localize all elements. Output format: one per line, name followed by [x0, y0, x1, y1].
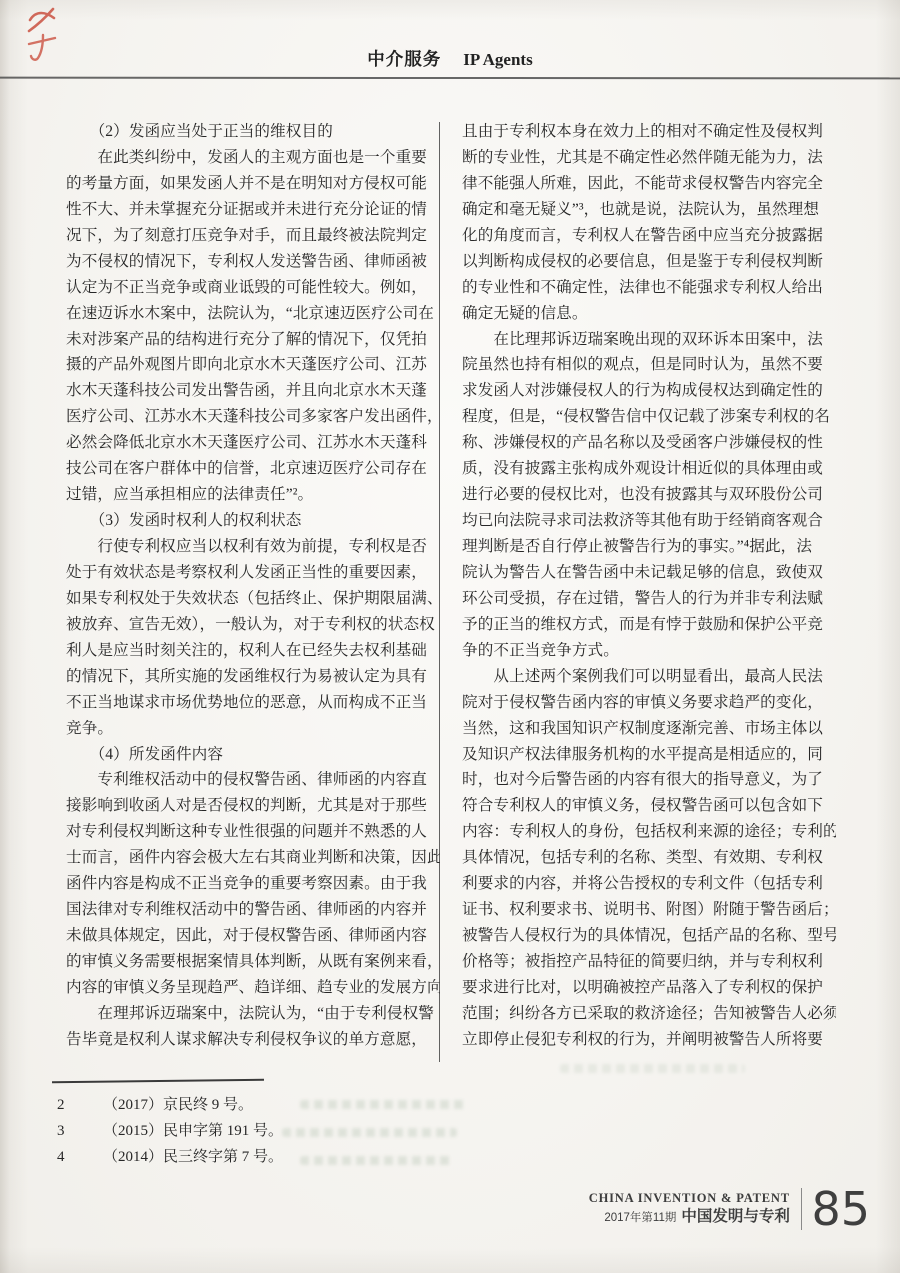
text-line: 断的专业性，尤其是不确定性必然伴随无能为力，法: [462, 145, 836, 171]
text-line: 确定无疑的信息。: [462, 301, 836, 327]
bleed-through-artifact: [300, 1156, 450, 1165]
text-line: 的审慎义务需要根据案情具体判断，从既有案例来看，: [66, 949, 440, 975]
footnote-text: （2015）民申字第 191 号。: [103, 1123, 283, 1139]
section-title-cn: 中介服务: [367, 49, 441, 69]
text-line: 在理邦诉迈瑞案中，法院认为，“由于专利侵权警: [66, 1001, 440, 1027]
text-line: （3）发函时权利人的权利状态: [66, 508, 440, 534]
text-line: （2）发函应当处于正当的维权目的: [66, 119, 440, 145]
text-line: 程度，但是，“侵权警告信中仅记载了涉案专利权的名: [462, 404, 836, 430]
text-line: 利人是应当时刻关注的，权利人在已经失去权利基础: [66, 638, 440, 664]
footnotes: 2（2017）京民终 9 号。 3（2015）民申字第 191 号。 4（201…: [57, 1092, 283, 1170]
text-line: 确定和毫无疑义”³，也就是说，法院认为，虽然理想: [462, 197, 836, 223]
text-line: 国法律对专利维权活动中的警告函、律师函的内容并: [66, 897, 440, 923]
text-line: 医疗公司、江苏水木天蓬科技公司多家客户发出函件，: [66, 404, 440, 430]
text-line: 如果专利权处于失效状态（包括终止、保护期限届满、: [66, 586, 440, 612]
text-line: 求发函人对涉嫌侵权人的行为构成侵权达到确定性的: [462, 378, 836, 404]
text-line: 予的正当的维权方式，而是有悖于鼓励和保护公平竞: [462, 612, 836, 638]
text-line: 价格等；被指控产品特征的简要归纳，并与专利权利: [462, 949, 836, 975]
text-line: 被警告人侵权行为的具体情况，包括产品的名称、型号、: [462, 923, 836, 949]
text-line: 未对涉案产品的结构进行充分了解的情况下，仅凭拍: [66, 327, 440, 353]
text-line: 技公司在客户群体中的信誉，北京速迈医疗公司存在: [66, 456, 440, 482]
text-line: 及知识产权法律服务机构的水平提高是相适应的，同: [462, 742, 836, 768]
text-line: 符合专利权人的审慎义务，侵权警告函可以包含如下: [462, 793, 836, 819]
journal-name-en: CHINA INVENTION & PATENT: [589, 1191, 790, 1207]
text-line: 函件内容是构成不正当竞争的重要考察因素。由于我: [66, 871, 440, 897]
text-line: 争的不正当竞争方式。: [462, 638, 836, 664]
text-line: 况下，为了刻意打压竞争对手，而且最终被法院判定: [66, 223, 440, 249]
footnote: 3（2015）民申字第 191 号。: [57, 1118, 283, 1144]
footnote-separator-rule: [52, 1079, 264, 1083]
text-line: 环公司受损，存在过错，警告人的行为并非专利法赋: [462, 586, 836, 612]
text-line: 化的角度而言，专利权人在警告函中应当充分披露据: [462, 223, 836, 249]
bleed-through-artifact: [282, 1128, 457, 1137]
page-header: 中介服务 IP Agents: [0, 46, 900, 71]
text-line: 被放弃、宣告无效），一般认为，对于专利权的状态权: [66, 612, 440, 638]
text-line: 士而言，函件内容会极大左右其商业判断和决策，因此，: [66, 845, 440, 871]
text-line: 律不能强人所难，因此，不能苛求侵权警告内容完全: [462, 171, 836, 197]
right-column: 且由于专利权本身在效力上的相对不确定性及侵权判断的专业性，尤其是不确定性必然伴随…: [462, 119, 836, 1053]
left-column: （2）发函应当处于正当的维权目的 在此类纠纷中，发函人的主观方面也是一个重要的考…: [66, 119, 440, 1053]
text-line: 质，没有披露主张构成外观设计相近似的具体理由或: [462, 456, 836, 482]
text-line: 进行必要的侵权比对，也没有披露其与双环股份公司: [462, 482, 836, 508]
text-line: 在比理邦诉迈瑞案晚出现的双环诉本田案中，法: [462, 327, 836, 353]
text-line: 内容：专利权人的身份，包括权利来源的途径；专利的: [462, 819, 836, 845]
text-line: 过错，应当承担相应的法律责任”²。: [66, 482, 440, 508]
text-line: 证书、权利要求书、说明书、附图）附随于警告函后；: [462, 897, 836, 923]
text-line: 当然，这和我国知识产权制度逐渐完善、市场主体以: [462, 716, 836, 742]
footer-divider-bar: [801, 1188, 803, 1230]
text-line: 院对于侵权警告函内容的审慎义务要求趋严的变化，: [462, 690, 836, 716]
section-title-en: IP Agents: [463, 50, 532, 69]
text-line: 必然会降低北京水木天蓬医疗公司、江苏水木天蓬科: [66, 430, 440, 456]
text-line: 在速迈诉水木案中，法院认为，“北京速迈医疗公司在: [66, 301, 440, 327]
text-line: 称、涉嫌侵权的产品名称以及受函客户涉嫌侵权的性: [462, 430, 836, 456]
text-line: 竞争。: [66, 716, 440, 742]
text-line: 告毕竟是权利人谋求解决专利侵权争议的单方意愿，: [66, 1027, 440, 1053]
text-line: 具体情况，包括专利的名称、类型、有效期、专利权: [462, 845, 836, 871]
bleed-through-artifact: [560, 1064, 745, 1073]
header-rule: [0, 77, 900, 79]
footnote-number: 3: [57, 1118, 103, 1144]
text-line: 院虽然也持有相似的观点，但是同时认为，虽然不要: [462, 352, 836, 378]
text-line: 未做具体规定，因此，对于侵权警告函、律师函内容: [66, 923, 440, 949]
text-line: 的情况下，其所实施的发函维权行为易被认定为具有: [66, 664, 440, 690]
text-line: 的考量方面，如果发函人并不是在明知对方侵权可能: [66, 171, 440, 197]
footnote: 2（2017）京民终 9 号。: [57, 1092, 283, 1118]
text-line: 立即停止侵犯专利权的行为，并阐明被警告人所将要: [462, 1027, 836, 1053]
footnote-text: （2014）民三终字第 7 号。: [103, 1149, 283, 1165]
text-line: 均已向法院寻求司法救济等其他有助于经销商客观合: [462, 508, 836, 534]
text-line: 处于有效状态是考察权利人发函正当性的重要因素，: [66, 560, 440, 586]
text-line: 且由于专利权本身在效力上的相对不确定性及侵权判: [462, 119, 836, 145]
text-line: 要求进行比对，以明确被控产品落入了专利权的保护: [462, 975, 836, 1001]
text-line: （4）所发函件内容: [66, 742, 440, 768]
text-line: 以判断构成侵权的必要信息，但是鉴于专利侵权判断: [462, 249, 836, 275]
text-line: 行使专利权应当以权利有效为前提，专利权是否: [66, 534, 440, 560]
text-line: 接影响到收函人对是否侵权的判断，尤其是对于那些: [66, 793, 440, 819]
issue-info: 2017年第11期: [604, 1212, 676, 1224]
footnote-number: 4: [57, 1144, 103, 1170]
journal-name-cn: 中国发明与专利: [681, 1208, 790, 1225]
text-line: 专利维权活动中的侵权警告函、律师函的内容直: [66, 767, 440, 793]
page-footer: CHINA INVENTION & PATENT 2017年第11期中国发明与专…: [589, 1186, 870, 1232]
footnote-number: 2: [57, 1092, 103, 1118]
text-line: 从上述两个案例我们可以明显看出，最高人民法: [462, 664, 836, 690]
journal-info: CHINA INVENTION & PATENT 2017年第11期中国发明与专…: [589, 1191, 790, 1227]
text-line: 时，也对今后警告函的内容有很大的指导意义，为了: [462, 767, 836, 793]
text-line: 院认为警告人在警告函中未记载足够的信息，致使双: [462, 560, 836, 586]
bleed-through-artifact: [300, 1100, 465, 1109]
magazine-page: 中介服务 IP Agents （2）发函应当处于正当的维权目的 在此类纠纷中，发…: [0, 0, 900, 1273]
text-line: 为不侵权的情况下，专利权人发送警告函、律师函被: [66, 249, 440, 275]
text-line: 利要求的内容，并将公告授权的专利文件（包括专利: [462, 871, 836, 897]
text-line: 理判断是否自行停止被警告行为的事实。”⁴据此，法: [462, 534, 836, 560]
footnote-text: （2017）京民终 9 号。: [103, 1097, 253, 1113]
text-line: 在此类纠纷中，发函人的主观方面也是一个重要: [66, 145, 440, 171]
text-line: 对专利侵权判断这种专业性很强的问题并不熟悉的人: [66, 819, 440, 845]
text-line: 内容的审慎义务呈现趋严、趋详细、趋专业的发展方向。: [66, 975, 440, 1001]
text-line: 水木天蓬科技公司发出警告函，并且向北京水木天蓬: [66, 378, 440, 404]
text-line: 认定为不正当竞争或商业诋毁的可能性较大。例如，: [66, 275, 440, 301]
page-number: 85: [811, 1186, 870, 1232]
text-line: 的专业性和不确定性，法律也不能强求专利权人给出: [462, 275, 836, 301]
footnote: 4（2014）民三终字第 7 号。: [57, 1144, 283, 1170]
column-divider-rule: [439, 122, 440, 1062]
text-line: 性不大、并未掌握充分证据或并未进行充分论证的情: [66, 197, 440, 223]
text-line: 范围；纠纷各方已采取的救济途径；告知被警告人必须: [462, 1001, 836, 1027]
text-line: 摄的产品外观图片即向北京水木天蓬医疗公司、江苏: [66, 352, 440, 378]
text-line: 不正当地谋求市场优势地位的恶意，从而构成不正当: [66, 690, 440, 716]
